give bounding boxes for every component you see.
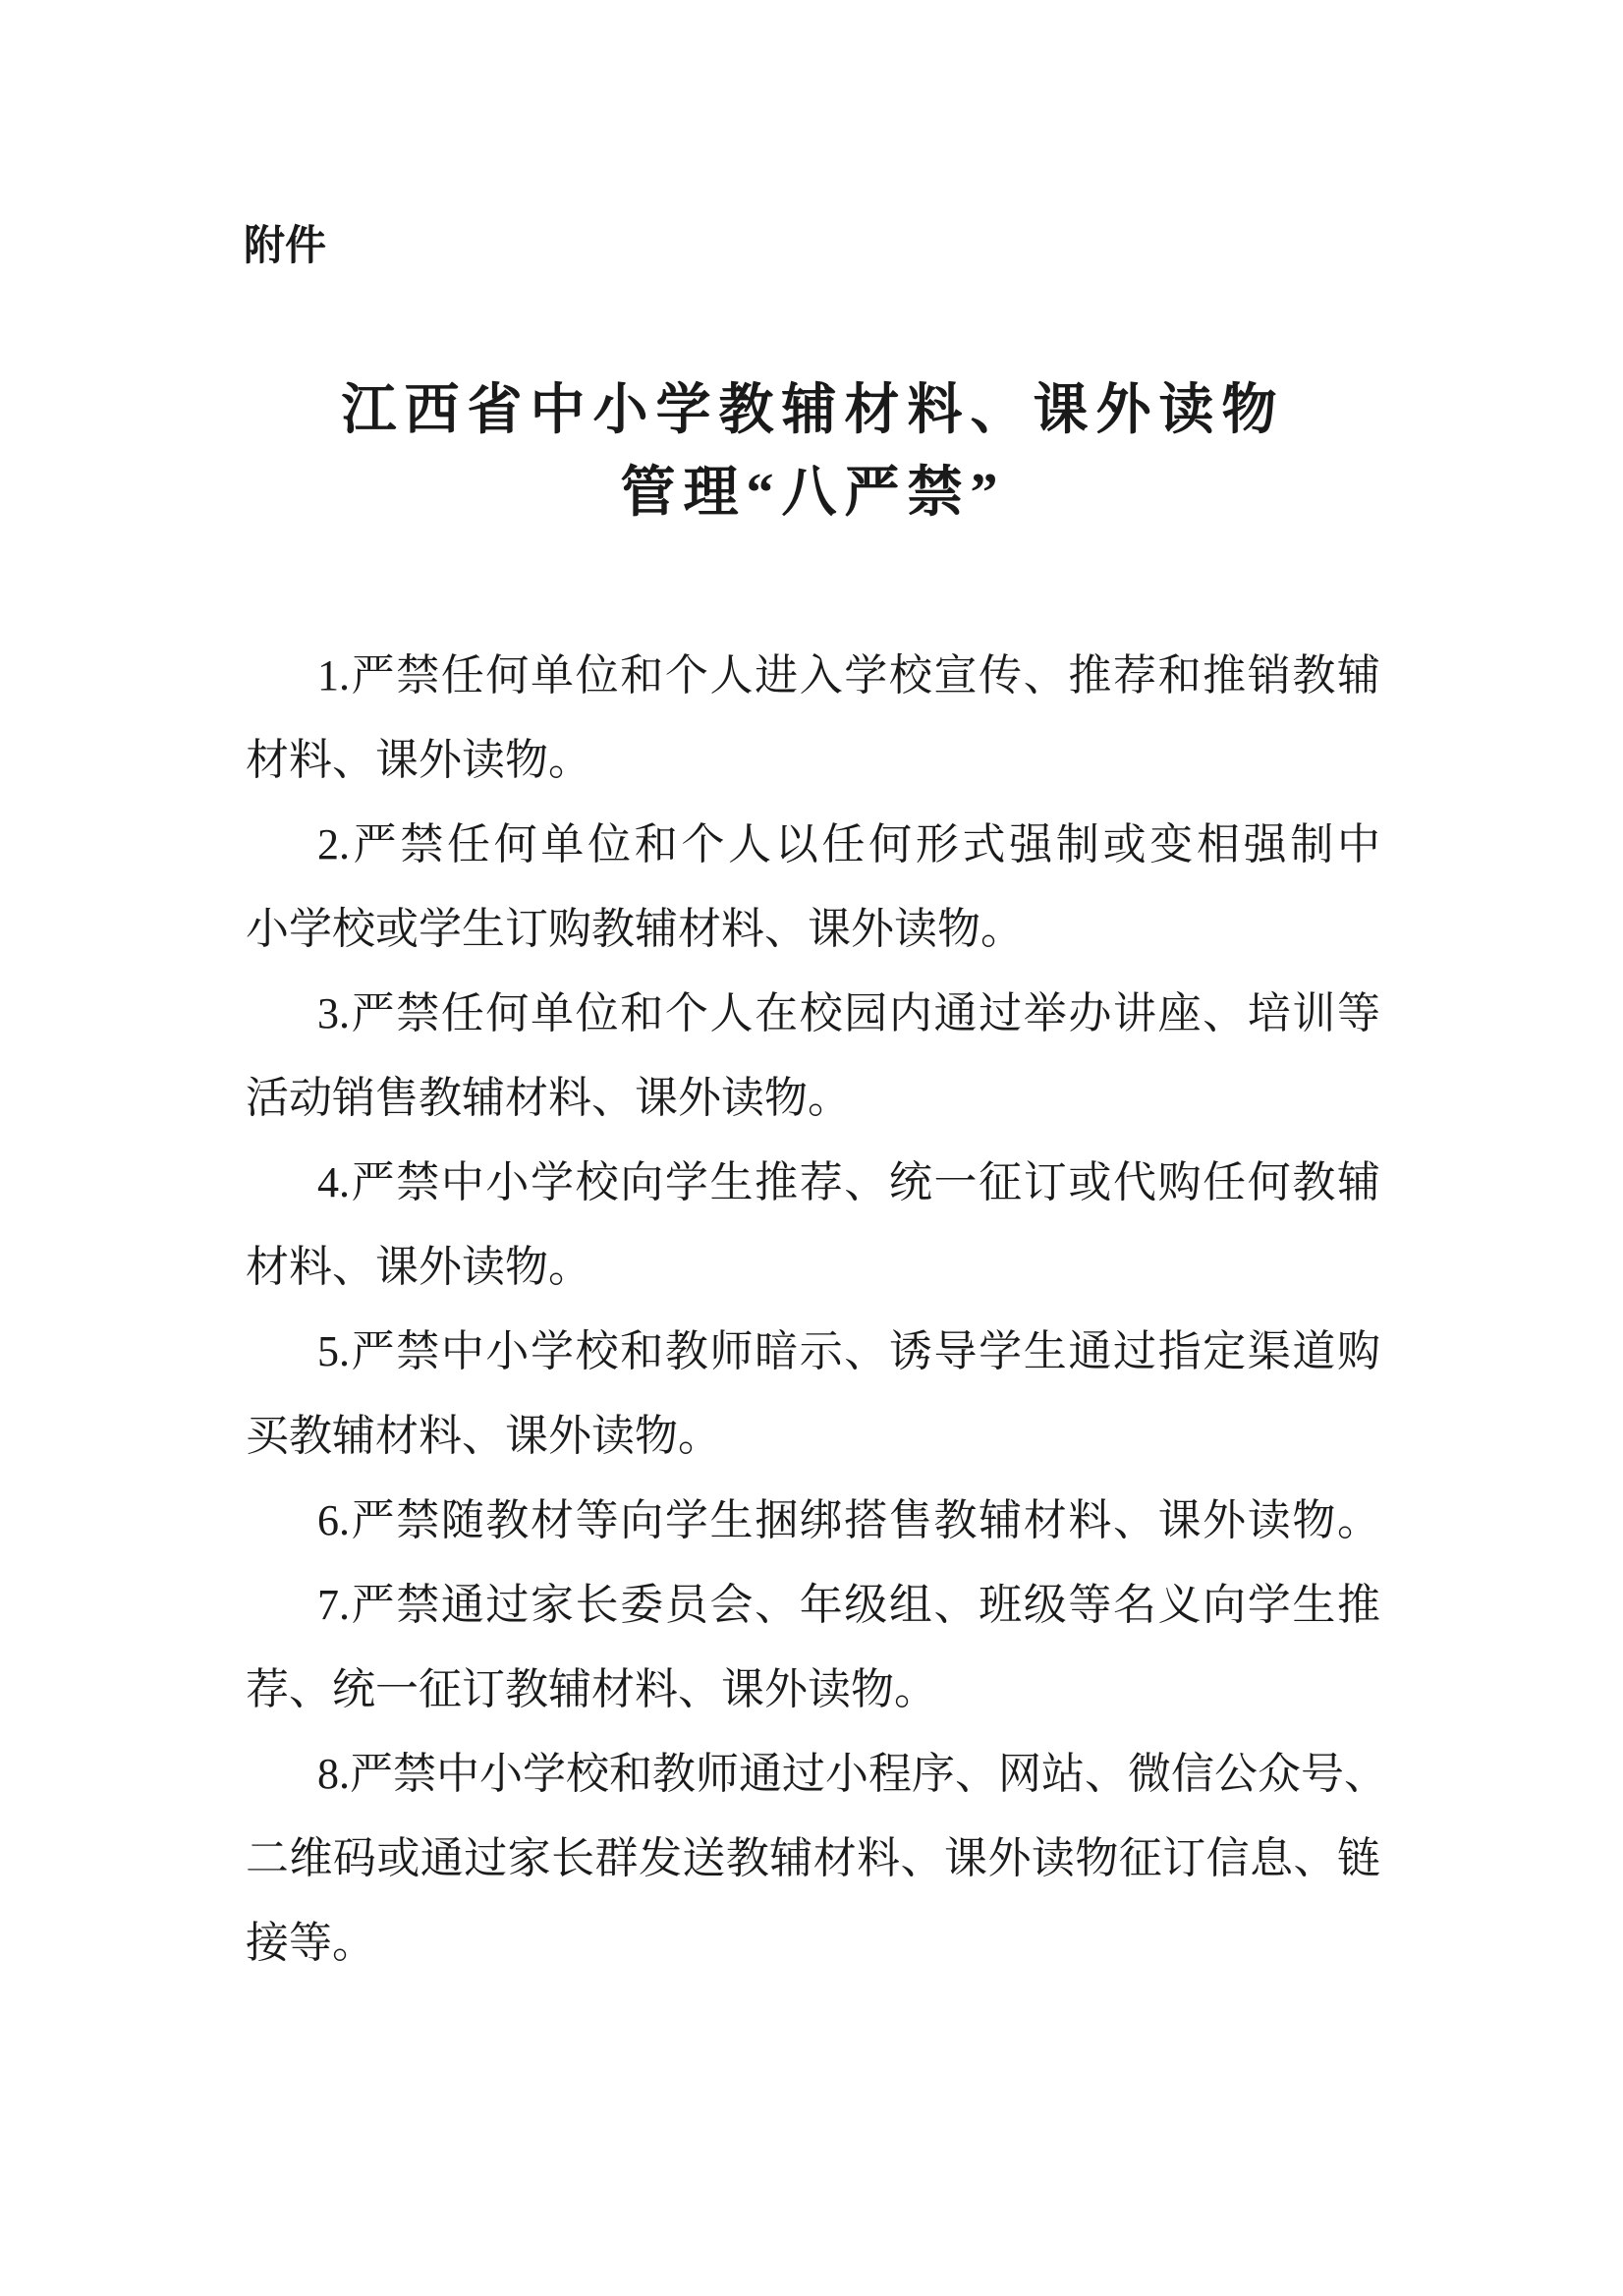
document-page: 附件 江西省中小学教辅材料、课外读物 管理“八严禁” 1.严禁任何单位和个人进入… bbox=[0, 0, 1623, 2296]
paragraph-line: 小学校或学生订购教辅材料、课外读物。 bbox=[246, 887, 1380, 972]
body-text: 1.严禁任何单位和个人进入学校宣传、推荐和推销教辅 材料、课外读物。 2.严禁任… bbox=[246, 634, 1380, 1986]
paragraph-2: 2.严禁任何单位和个人以任何形式强制或变相强制中 小学校或学生订购教辅材料、课外… bbox=[246, 803, 1380, 972]
paragraph-line: 6.严禁随教材等向学生捆绑搭售教辅材料、课外读物。 bbox=[246, 1479, 1380, 1563]
paragraph-line: 买教辅材料、课外读物。 bbox=[246, 1394, 1380, 1479]
paragraph-line: 接等。 bbox=[246, 1901, 1380, 1986]
paragraph-line: 4.严禁中小学校向学生推荐、统一征订或代购任何教辅 bbox=[246, 1141, 1380, 1225]
paragraph-line: 材料、课外读物。 bbox=[246, 718, 1380, 803]
paragraph-line: 材料、课外读物。 bbox=[246, 1225, 1380, 1310]
paragraph-7: 7.严禁通过家长委员会、年级组、班级等名义向学生推 荐、统一征订教辅材料、课外读… bbox=[246, 1563, 1380, 1732]
title-line-2: 管理“八严禁” bbox=[246, 452, 1380, 534]
paragraph-6: 6.严禁随教材等向学生捆绑搭售教辅材料、课外读物。 bbox=[246, 1479, 1380, 1563]
paragraph-8: 8.严禁中小学校和教师通过小程序、网站、微信公众号、 二维码或通过家长群发送教辅… bbox=[246, 1732, 1380, 1986]
paragraph-line: 活动销售教辅材料、课外读物。 bbox=[246, 1056, 1380, 1141]
paragraph-5: 5.严禁中小学校和教师暗示、诱导学生通过指定渠道购 买教辅材料、课外读物。 bbox=[246, 1310, 1380, 1479]
paragraph-line: 7.严禁通过家长委员会、年级组、班级等名义向学生推 bbox=[246, 1563, 1380, 1648]
paragraph-3: 3.严禁任何单位和个人在校园内通过举办讲座、培训等 活动销售教辅材料、课外读物。 bbox=[246, 972, 1380, 1141]
document-title: 江西省中小学教辅材料、课外读物 管理“八严禁” bbox=[246, 369, 1380, 534]
title-line-1: 江西省中小学教辅材料、课外读物 bbox=[246, 369, 1380, 452]
paragraph-line: 3.严禁任何单位和个人在校园内通过举办讲座、培训等 bbox=[246, 972, 1380, 1056]
paragraph-line: 二维码或通过家长群发送教辅材料、课外读物征订信息、链 bbox=[246, 1817, 1380, 1901]
paragraph-line: 2.严禁任何单位和个人以任何形式强制或变相强制中 bbox=[246, 803, 1380, 887]
paragraph-line: 5.严禁中小学校和教师暗示、诱导学生通过指定渠道购 bbox=[246, 1310, 1380, 1394]
attachment-label: 附件 bbox=[244, 222, 326, 269]
paragraph-line: 8.严禁中小学校和教师通过小程序、网站、微信公众号、 bbox=[246, 1732, 1380, 1817]
paragraph-1: 1.严禁任何单位和个人进入学校宣传、推荐和推销教辅 材料、课外读物。 bbox=[246, 634, 1380, 803]
paragraph-4: 4.严禁中小学校向学生推荐、统一征订或代购任何教辅 材料、课外读物。 bbox=[246, 1141, 1380, 1310]
paragraph-line: 荐、统一征订教辅材料、课外读物。 bbox=[246, 1648, 1380, 1732]
paragraph-line: 1.严禁任何单位和个人进入学校宣传、推荐和推销教辅 bbox=[246, 634, 1380, 718]
